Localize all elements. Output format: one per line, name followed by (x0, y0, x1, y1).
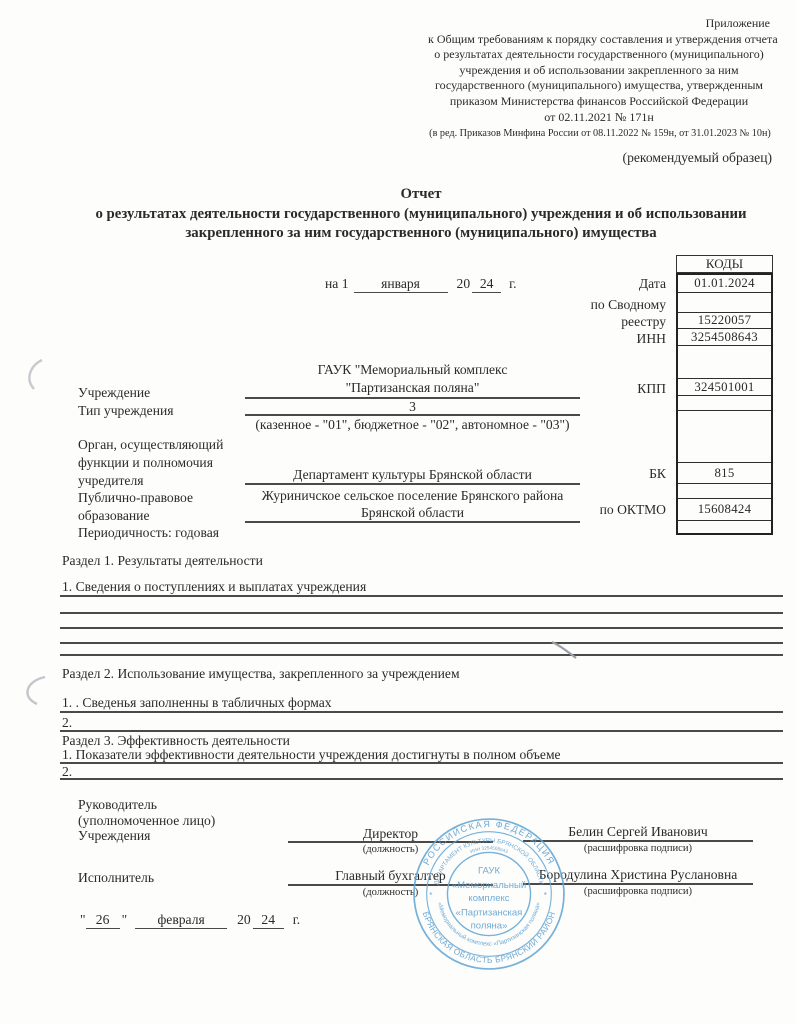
signing-date-line: "26"февраля2024г. (80, 912, 300, 929)
scan-smudge-left-1 (29, 360, 42, 389)
report-date-prefix: на 1 (325, 276, 349, 291)
founder-value: Департамент культуры Брянской области (245, 467, 580, 483)
appendix-line-7: от 02.11.2021 № 171н (428, 110, 770, 126)
appendix-line-3: о результатах деятельности государственн… (428, 47, 770, 63)
section-1-line-3 (60, 627, 783, 629)
scanned-report-page: Приложение к Общим требованиям к порядку… (0, 0, 796, 1024)
scan-pen-mark (552, 642, 576, 658)
head-label-line-3: Учреждения (78, 828, 150, 844)
report-date-year-suffix: 24 (472, 276, 501, 293)
head-label-line-2: (уполномоченное лицо) (78, 813, 215, 829)
codes-value-inn: 3254508643 (678, 329, 771, 346)
founder-label-line-2: функции и полномочия (78, 455, 213, 471)
public-entity-underline (245, 521, 580, 523)
section-1-item-1: 1. Сведения о поступлениях и выплатах уч… (62, 579, 366, 595)
appendix-line-6: приказом Министерства финансов Российско… (428, 94, 770, 110)
codes-value-kpp: 324501001 (678, 379, 771, 396)
executor-label: Исполнитель (78, 870, 154, 886)
periodicity-label: Периодичность: годовая (78, 525, 219, 541)
codes-table: 01.01.2024 15220057 3254508643 324501001… (676, 273, 773, 535)
public-entity-value-line-1: Журиничское сельское поселение Брянского… (245, 488, 580, 504)
codes-empty-row (678, 293, 771, 313)
codes-value-bk: 815 (678, 463, 771, 484)
institution-label: Учреждение (78, 385, 150, 401)
institution-value-line-2: "Партизанская поляна" (245, 380, 580, 396)
report-date-year-prefix: 20 (457, 276, 471, 291)
institution-type-hint: (казенное - "01", бюджетное - "02", авто… (245, 417, 580, 433)
founder-label-line-1: Орган, осуществляющий (78, 437, 223, 453)
public-entity-value-line-2: Брянской области (245, 505, 580, 521)
public-entity-label-line-1: Публично-правовое (78, 490, 193, 506)
codes-table-header: КОДЫ (676, 255, 773, 273)
title-line-1: Отчет (60, 185, 782, 205)
close-quote: " (122, 912, 128, 927)
stamp-center-line-1: ГАУК (478, 866, 500, 877)
institution-type-label: Тип учреждения (78, 403, 174, 419)
signing-date-day: 26 (86, 912, 120, 929)
codes-value-registry: 15220057 (678, 313, 771, 329)
public-entity-label-line-2: образование (78, 508, 150, 524)
stamp-right-star-icon: * (544, 891, 548, 900)
stamp-left-star-icon: * (429, 891, 433, 900)
institution-type-underline (245, 414, 580, 416)
founder-underline (245, 483, 580, 485)
founder-label-line-3: учредителя (78, 473, 144, 489)
section-3-item-1-underline (60, 762, 783, 764)
codes-value-oktmo: 15608424 (678, 499, 771, 521)
codes-empty-row (678, 521, 771, 533)
signing-date-suffix: г. (293, 912, 300, 927)
appendix-line-5: государственного (муниципального) имущес… (428, 78, 770, 94)
title-line-2: о результатах деятельности государственн… (60, 205, 782, 225)
appendix-block: Приложение к Общим требованиям к порядку… (428, 16, 770, 125)
signing-date-year-prefix: 20 (237, 912, 251, 927)
stamp-center-line-5: поляна» (471, 920, 508, 931)
codes-label-inn: ИНН (500, 331, 666, 347)
section-1-line-4 (60, 642, 783, 644)
section-2-item-2: 2. (62, 715, 72, 731)
signing-date-month: февраля (135, 912, 227, 929)
official-stamp: РОССИЙСКАЯ ФЕДЕРАЦИЯ БРЯНСКАЯ ОБЛАСТЬ БР… (410, 815, 568, 973)
codes-empty-row (678, 396, 771, 411)
report-date-line: на 1января2024г. (325, 276, 517, 293)
codes-label-registry-1: по Сводному (500, 297, 666, 313)
stamp-center-line-2: «Мемориальный (452, 880, 526, 891)
appendix-line-4: учреждения и об использовании закрепленн… (428, 63, 770, 79)
appendix-line-2: к Общим требованиям к порядку составлени… (428, 32, 770, 48)
stamp-center-line-3: комплекс (468, 893, 509, 904)
stamp-center-line-4: «Партизанская (456, 907, 523, 918)
section-3-item-1: 1. Показатели эффективности деятельности… (62, 747, 561, 763)
head-label-line-1: Руководитель (78, 797, 157, 813)
scan-smudge-left-2 (27, 677, 45, 704)
section-1-line-2 (60, 612, 783, 614)
report-date-month: января (354, 276, 448, 293)
codes-value-date: 01.01.2024 (678, 275, 771, 293)
section-1-line-5 (60, 654, 783, 656)
codes-label-date: Дата (500, 276, 666, 292)
document-title: Отчет о результатах деятельности государ… (60, 185, 782, 244)
section-2-item-1-underline (60, 711, 783, 713)
appendix-line-1: Приложение (428, 16, 770, 32)
section-3-item-2-underline (60, 778, 783, 780)
edition-note: (в ред. Приказов Минфина России от 08.11… (420, 128, 780, 139)
section-1-line-1 (60, 595, 783, 597)
title-line-3: закрепленного за ним государственного (м… (60, 224, 782, 244)
codes-empty-row (678, 346, 771, 379)
section-2-title: Раздел 2. Использование имущества, закре… (62, 666, 460, 682)
codes-empty-row (678, 411, 771, 463)
institution-value-line-1: ГАУК "Мемориальный комплекс (245, 362, 580, 378)
codes-empty-row (678, 484, 771, 499)
recommended-sample-note: (рекомендуемый образец) (480, 150, 772, 166)
signing-date-year-suffix: 24 (253, 912, 284, 929)
section-2-item-2-underline (60, 730, 783, 732)
codes-label-registry-2: реестру (500, 314, 666, 330)
institution-type-value: 3 (245, 399, 580, 415)
section-1-title: Раздел 1. Результаты деятельности (62, 553, 263, 569)
section-2-item-1: 1. . Сведенья заполненны в табличных фор… (62, 695, 332, 711)
